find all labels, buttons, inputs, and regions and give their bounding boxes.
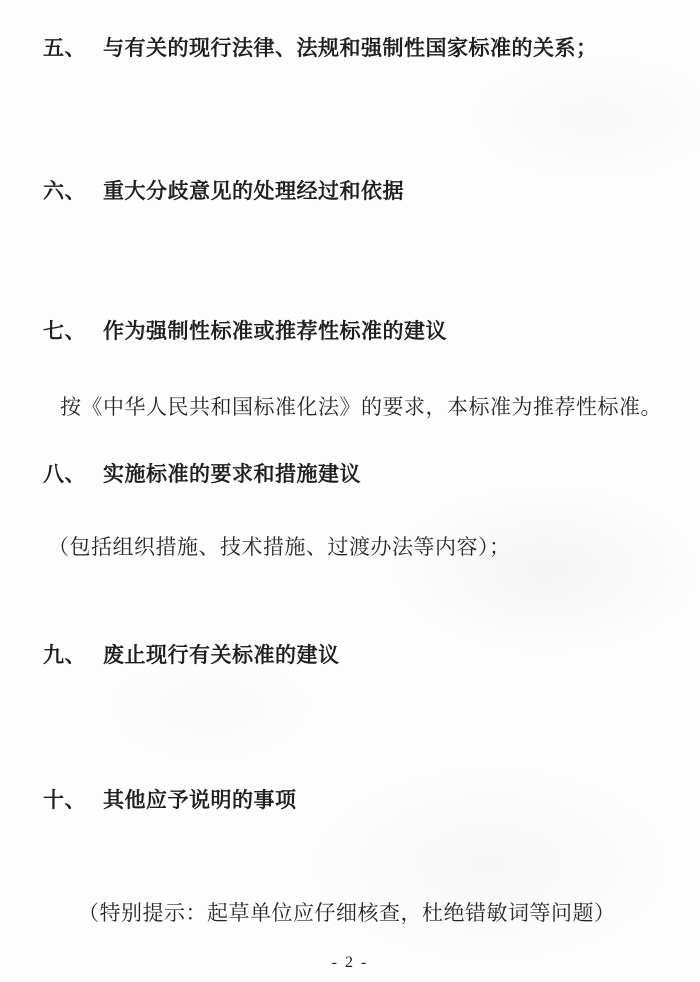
- section-number: 七、: [43, 315, 103, 345]
- section-title: 作为强制性标准或推荐性标准的建议: [103, 320, 447, 343]
- section-number: 五、: [43, 32, 103, 62]
- paragraph-special-reminder: （特别提示：起草单位应仔细核查，杜绝错敏词等问题）: [78, 897, 616, 927]
- section-heading-8: 八、实施标准的要求和措施建议: [43, 458, 361, 488]
- section-title: 与有关的现行法律、法规和强制性国家标准的关系；: [103, 37, 598, 60]
- paragraph-recommended-standard: 按《中华人民共和国标准化法》的要求，本标准为推荐性标准。: [60, 391, 662, 421]
- section-heading-6: 六、重大分歧意见的处理经过和依据: [43, 175, 404, 205]
- page-number: - 2 -: [0, 954, 700, 972]
- section-title: 废止现行有关标准的建议: [103, 644, 340, 667]
- section-number: 八、: [43, 458, 103, 488]
- section-heading-10: 十、其他应予说明的事项: [43, 784, 297, 814]
- section-title: 其他应予说明的事项: [103, 789, 297, 812]
- document-page: 五、与有关的现行法律、法规和强制性国家标准的关系； 六、重大分歧意见的处理经过和…: [0, 0, 700, 982]
- section-number: 十、: [43, 784, 103, 814]
- section-title: 实施标准的要求和措施建议: [103, 463, 361, 486]
- section-heading-7: 七、作为强制性标准或推荐性标准的建议: [43, 315, 447, 345]
- section-title: 重大分歧意见的处理经过和依据: [103, 180, 404, 203]
- section-number: 九、: [43, 639, 103, 669]
- paragraph-measures-note: （包括组织措施、技术措施、过渡办法等内容）；: [48, 531, 511, 561]
- section-heading-5: 五、与有关的现行法律、法规和强制性国家标准的关系；: [43, 32, 598, 62]
- section-number: 六、: [43, 175, 103, 205]
- section-heading-9: 九、废止现行有关标准的建议: [43, 639, 340, 669]
